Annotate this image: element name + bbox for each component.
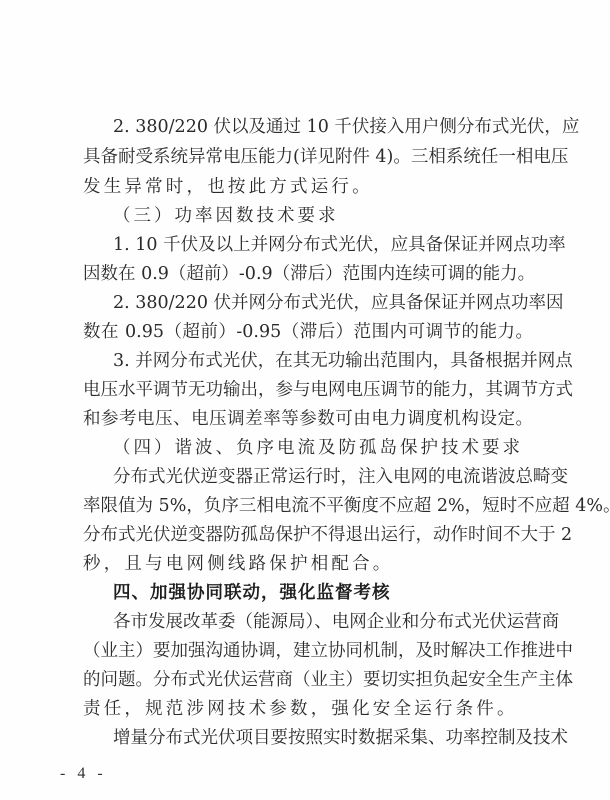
paragraph-line: 因数在 0.9（超前）-0.9（滞后）范围内连续可调的能力。 (83, 262, 533, 286)
paragraph-line: 发生异常时，也按此方式运行。 (83, 175, 533, 199)
paragraph-line: 和参考电压、电压调差率等参数可由电力调度机构设定。 (83, 407, 533, 431)
paragraph-line: 责任，规范涉网技术参数，强化安全运行条件。 (83, 697, 533, 721)
paragraph-line: 2. 380/220 伏以及通过 10 千伏接入用户侧分布式光伏，应 (113, 115, 533, 139)
paragraph-line: 1. 10 千伏及以上并网分布式光伏，应具备保证并网点功率 (113, 233, 533, 257)
paragraph-line: 各市发展改革委（能源局）、电网企业和分布式光伏运营商 (113, 610, 533, 634)
paragraph-line: 的问题。分布式光伏运营商（业主）要切实担负起安全生产主体 (83, 668, 533, 692)
paragraph-line: 分布式光伏逆变器正常运行时，注入电网的电流谐波总畸变 (113, 465, 533, 489)
paragraph-line: 3. 并网分布式光伏，在其无功输出范围内，具备根据并网点 (113, 349, 533, 373)
paragraph-line: （业主）要加强沟通协调，建立协同机制，及时解决工作推进中 (83, 639, 533, 663)
paragraph-line: 具备耐受系统异常电压能力(详见附件 4)。三相系统任一相电压 (83, 145, 533, 169)
section-subheading: （四）谐波、负序电流及防孤岛保护技术要求 (113, 436, 533, 460)
paragraph-line: 率限值为 5%，负序三相电流不平衡度不应超 2%，短时不应超 4%。 (83, 494, 533, 518)
paragraph-line: 增量分布式光伏项目要按照实时数据采集、功率控制及技术 (113, 726, 533, 750)
paragraph-line: 数在 0.95（超前）-0.95（滞后）范围内可调节的能力。 (83, 320, 533, 344)
paragraph-line: 2. 380/220 伏并网分布式光伏，应具备保证并网点功率因 (113, 291, 533, 315)
paragraph-line: 电压水平调节无功输出，参与电网电压调节的能力，其调节方式 (83, 378, 533, 402)
section-heading: 四、加强协同联动，强化监督考核 (113, 581, 533, 605)
page-number: - 4 - (60, 765, 107, 783)
paragraph-line: 分布式光伏逆变器防孤岛保护不得退出运行，动作时间不大于 2 (83, 523, 533, 547)
document-page: 2. 380/220 伏以及通过 10 千伏接入用户侧分布式光伏，应 具备耐受系… (0, 0, 610, 800)
section-subheading: （三）功率因数技术要求 (113, 204, 533, 228)
paragraph-line: 秒，且与电网侧线路保护相配合。 (83, 552, 533, 576)
